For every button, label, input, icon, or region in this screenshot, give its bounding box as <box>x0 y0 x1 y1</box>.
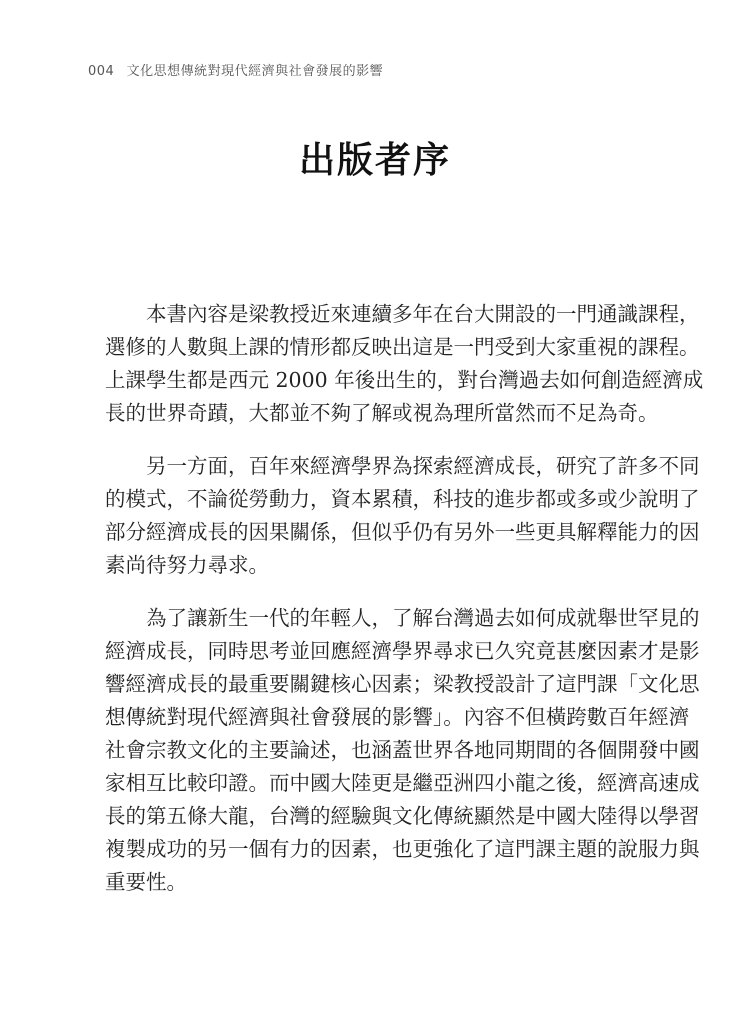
page-number: 004 <box>88 64 122 79</box>
paragraph-1: 本書內容是梁教授近來連續多年在台大開設的一門通識課程， 選修的人數與上課的情形都… <box>105 298 653 430</box>
text-line: 想傳統對現代經濟與社會發展的影響」。內容不但橫跨數百年經濟 <box>105 701 653 734</box>
text-line: 選修的人數與上課的情形都反映出這是一門受到大家重視的課程。 <box>105 331 653 364</box>
text-line: 響經濟成長的最重要關鍵核心因素；梁教授設計了這門課「文化思 <box>105 668 653 701</box>
running-header: 004 文化思想傳統對現代經濟與社會發展的影響 <box>88 60 383 79</box>
text-line: 長的第五條大龍，台灣的經驗與文化傳統顯然是中國大陸得以學習 <box>105 800 653 833</box>
text-line: 經濟成長，同時思考並回應經濟學界尋求已久究竟甚麼因素才是影 <box>105 635 653 668</box>
book-title: 文化思想傳統對現代經濟與社會發展的影響 <box>127 64 384 79</box>
text-line: 社會宗教文化的主要論述，也涵蓋世界各地同期間的各個開發中國 <box>105 734 653 767</box>
text-line: 為了讓新生一代的年輕人，了解台灣過去如何成就舉世罕見的 <box>105 602 653 635</box>
paragraph-3: 為了讓新生一代的年輕人，了解台灣過去如何成就舉世罕見的 經濟成長，同時思考並回應… <box>105 602 653 899</box>
text-line: 長的世界奇蹟，大都並不夠了解或視為理所當然而不足為奇。 <box>105 397 653 430</box>
text-line: 部分經濟成長的因果關係，但似乎仍有另外一些更具解釋能力的因 <box>105 516 653 549</box>
text-line: 的模式，不論從勞動力，資本累積，科技的進步都或多或少說明了 <box>105 483 653 516</box>
text-line: 上課學生都是西元 2000 年後出生的，對台灣過去如何創造經濟成 <box>105 364 653 397</box>
text-line: 素尚待努力尋求。 <box>105 549 653 582</box>
text-line: 本書內容是梁教授近來連續多年在台大開設的一門通識課程， <box>105 298 653 331</box>
text-line: 家相互比較印證。而中國大陸更是繼亞洲四小龍之後，經濟高速成 <box>105 767 653 800</box>
text-line: 重要性。 <box>105 866 653 899</box>
text-line: 另一方面，百年來經濟學界為探索經濟成長，研究了許多不同 <box>105 450 653 483</box>
paragraph-2: 另一方面，百年來經濟學界為探索經濟成長，研究了許多不同 的模式，不論從勞動力，資… <box>105 450 653 582</box>
text-line: 複製成功的另一個有力的因素，也更強化了這門課主題的說服力與 <box>105 833 653 866</box>
body-text: 本書內容是梁教授近來連續多年在台大開設的一門通識課程， 選修的人數與上課的情形都… <box>105 298 653 919</box>
chapter-title: 出版者序 <box>0 132 750 183</box>
